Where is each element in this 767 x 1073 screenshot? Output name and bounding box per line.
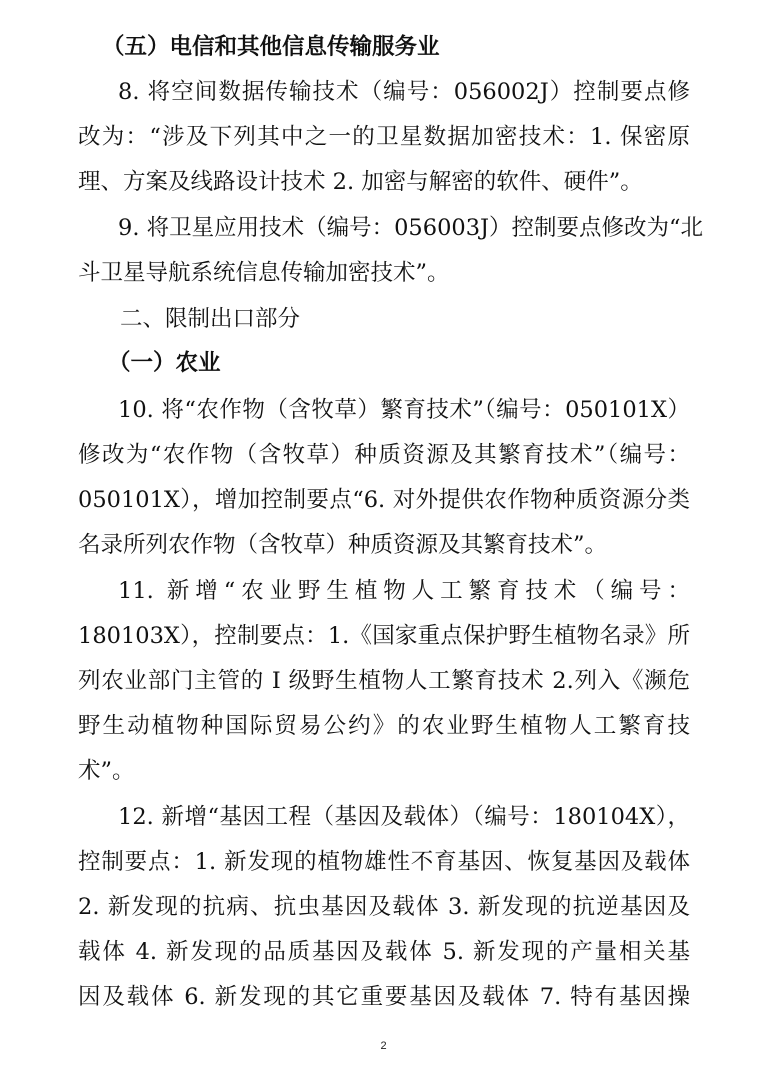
paragraph-line: 载体 4. 新发现的品质基因及载体 5. 新发现的产量相关基	[78, 937, 690, 967]
part-heading-restricted-export: 二、限制出口部分	[120, 304, 300, 334]
paragraph-line: 12. 新增“基因工程（基因及载体）（编号：180104X），	[118, 802, 690, 832]
paragraph-line: 8. 将空间数据传输技术（编号：056002J）控制要点修	[118, 77, 690, 107]
paragraph-line: 名录所列农作物（含牧草）种质资源及其繁育技术”。	[78, 530, 690, 560]
paragraph-line: 10. 将“农作物（含牧草）繁育技术”（编号：050101X）	[118, 395, 690, 425]
paragraph-line: 11. 新增“农业野生植物人工繁育技术（编号：	[118, 576, 690, 606]
paragraph-line: 9. 将卫星应用技术（编号：056003J）控制要点修改为“北	[118, 213, 690, 243]
paragraph-line: 因及载体 6. 新发现的其它重要基因及载体 7. 特有基因操	[78, 982, 690, 1012]
paragraph-line: 野生动植物种国际贸易公约》的农业野生植物人工繁育技	[78, 711, 690, 741]
paragraph-line: 控制要点：1. 新发现的植物雄性不育基因、恢复基因及载体	[78, 847, 690, 877]
paragraph-line: 修改为“农作物（含牧草）种质资源及其繁育技术”（编号：	[78, 440, 690, 470]
paragraph-line: 术”。	[78, 756, 690, 786]
paragraph-line: 180103X），控制要点：1.《国家重点保护野生植物名录》所	[78, 621, 690, 651]
section-heading-agriculture: （一）农业	[108, 348, 221, 378]
paragraph-line: 理、方案及线路设计技术 2. 加密与解密的软件、硬件”。	[78, 167, 690, 197]
page-number: 2	[0, 1040, 767, 1052]
paragraph-line: 改为：“涉及下列其中之一的卫星数据加密技术：1. 保密原	[78, 122, 690, 152]
paragraph-line: 列农业部门主管的 I 级野生植物人工繁育技术 2.列入《濒危	[78, 666, 690, 696]
paragraph-line: 2. 新发现的抗病、抗虫基因及载体 3. 新发现的抗逆基因及	[78, 892, 690, 922]
paragraph-line: 斗卫星导航系统信息传输加密技术”。	[78, 258, 690, 288]
section-heading-telecom: （五）电信和其他信息传输服务业	[102, 32, 440, 62]
document-page: （五）电信和其他信息传输服务业 8. 将空间数据传输技术（编号：056002J）…	[0, 0, 767, 1073]
paragraph-line: 050101X），增加控制要点“6. 对外提供农作物种质资源分类	[78, 485, 690, 515]
